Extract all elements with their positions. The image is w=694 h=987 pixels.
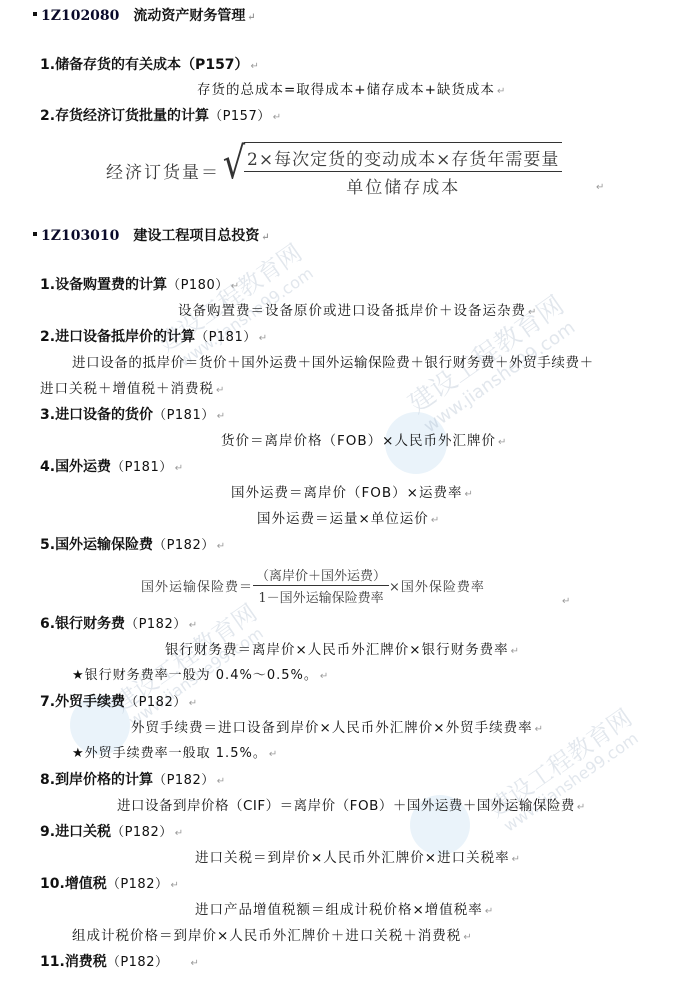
paragraph-mark-icon: ↵ (497, 86, 506, 97)
formula-text: 外贸手续费＝进口设备到岸价×人民币外汇牌价×外贸手续费率↵ (131, 718, 544, 740)
watermark-text-url: www.jianshe99.com (500, 728, 642, 835)
formula-lhs: 国外运输保险费＝ (141, 576, 253, 595)
formula-text: 进口产品增值税额＝组成计税价格×增值税率↵ (195, 900, 494, 922)
item-page-ref: （P181） (111, 460, 173, 475)
paragraph-mark-icon: ↵ (562, 592, 570, 612)
item-heading: 1.储备存货的有关成本（P157）↵ (40, 55, 259, 77)
formula-text: 存货的总成本=取得成本+储存成本+缺货成本↵ (197, 80, 506, 102)
item-heading: 11.消费税（P182）↵ (40, 952, 199, 974)
item-page-ref: （P182） (107, 877, 169, 892)
item-title: 国外运输保险费 (55, 537, 153, 553)
item-title: 国外运费 (55, 459, 111, 475)
item-title: 进口关税 (55, 824, 111, 840)
formula-line: 国外运费＝离岸价（FOB）×运费率 (231, 485, 462, 501)
item-number: 5. (40, 537, 55, 553)
formula-text: 货价＝离岸价格（FOB）×人民币外汇牌价↵ (221, 431, 507, 453)
note-text: ★外贸手续费率一般取 1.5%。↵ (72, 744, 278, 765)
paragraph-mark-icon: ↵ (485, 906, 494, 917)
formula-text: 国外运费＝离岸价（FOB）×运费率↵ (231, 483, 474, 505)
paragraph-mark-icon: ↵ (261, 232, 269, 243)
paragraph-mark-icon: ↵ (217, 541, 225, 552)
item-heading: 2.进口设备抵岸价的计算（P181）↵ (40, 327, 267, 349)
paragraph-mark-icon: ↵ (216, 385, 225, 396)
item-page-ref: （P181） (153, 408, 215, 423)
item-page-ref: （P157） (181, 57, 248, 73)
item-title: 进口设备的货价 (55, 407, 153, 423)
paragraph-mark-icon: ↵ (190, 958, 198, 969)
item-number: 8. (40, 772, 55, 788)
formula-text: 进口设备的抵岸价＝货价＋国外运费＋国外运输保险费＋银行财务费＋外贸手续费＋ (72, 353, 594, 373)
item-heading: 8.到岸价格的计算（P182）↵ (40, 770, 225, 792)
section-heading: 1Z102080流动资产财务管理↵ (33, 6, 256, 28)
bullet-icon (33, 12, 37, 16)
formula-line: 进口设备的抵岸价＝货价＋国外运费＋国外运输保险费＋银行财务费＋外贸手续费＋ (72, 355, 594, 371)
item-heading: 4.国外运费（P181）↵ (40, 457, 183, 479)
document-page: 建设工程教育网 www.jianshe99.com 建设工程教育网 www.ji… (0, 0, 694, 987)
formula-text: 银行财务费＝离岸价×人民币外汇牌价×银行财务费率↵ (165, 640, 520, 662)
paragraph-mark-icon: ↵ (596, 178, 604, 198)
item-number: 1. (40, 277, 55, 293)
section-heading: 1Z103010建设工程项目总投资↵ (33, 226, 270, 248)
note-line: ★银行财务费率一般为 0.4%～0.5%。 (72, 668, 318, 683)
formula-line: 设备购置费＝设备原价或进口设备抵岸价＋设备运杂费 (178, 303, 526, 319)
formula-rhs: ×国外保险费率 (389, 576, 485, 595)
formula-line: 银行财务费＝离岸价×人民币外汇牌价×银行财务费率 (165, 642, 509, 658)
formula-line: 进口产品增值税额＝组成计税价格×增值税率 (195, 902, 483, 918)
formula-text: 进口设备到岸价格（CIF）＝离岸价（FOB）＋国外运费＋国外运输保险费↵ (117, 796, 586, 818)
section-title: 建设工程项目总投资 (133, 228, 259, 244)
item-number: 2. (40, 108, 55, 124)
paragraph-mark-icon: ↵ (231, 281, 239, 292)
formula-line: 存货的总成本=取得成本+储存成本+缺货成本 (197, 82, 495, 98)
paragraph-mark-icon: ↵ (528, 307, 537, 318)
section-title: 流动资产财务管理 (133, 8, 245, 24)
formula-line: 货价＝离岸价格（FOB）×人民币外汇牌价 (221, 433, 496, 449)
note-line: ★外贸手续费率一般取 1.5%。 (72, 746, 267, 761)
item-title: 银行财务费 (55, 616, 125, 632)
item-heading: 3.进口设备的货价（P181）↵ (40, 405, 225, 427)
item-title: 进口设备抵岸价的计算 (55, 329, 195, 345)
item-heading: 7.外贸手续费（P182）↵ (40, 692, 197, 714)
paragraph-mark-icon: ↵ (217, 776, 225, 787)
paragraph-mark-icon: ↵ (170, 880, 178, 891)
item-heading: 9.进口关税（P182）↵ (40, 822, 183, 844)
paragraph-mark-icon: ↵ (189, 698, 197, 709)
item-page-ref: （P182） (153, 773, 215, 788)
formula-numerator: 2×每次定货的变动成本×存货年需要量 (244, 145, 562, 172)
paragraph-mark-icon: ↵ (463, 932, 472, 943)
paragraph-mark-icon: ↵ (320, 671, 329, 682)
formula-text: 组成计税价格＝到岸价×人民币外汇牌价＋进口关税＋消费税↵ (72, 926, 473, 948)
paragraph-mark-icon: ↵ (175, 828, 183, 839)
item-number: 2. (40, 329, 55, 345)
item-page-ref: （P180） (167, 278, 229, 293)
section-code: 1Z103010 (41, 228, 119, 244)
square-root: √ 2×每次定货的变动成本×存货年需要量 单位储存成本 (220, 142, 562, 198)
formula-line: 国外运费＝运量×单位运价 (257, 511, 429, 527)
item-title: 增值税 (65, 876, 107, 892)
paragraph-mark-icon: ↵ (273, 112, 281, 123)
item-heading: 1.设备购置费的计算（P180）↵ (40, 275, 239, 297)
insurance-formula: 国外运输保险费＝ （离岸价＋国外运费） 1－国外运输保险费率 ×国外保险费率 (141, 565, 485, 606)
paragraph-mark-icon: ↵ (511, 646, 520, 657)
formula-text: 国外运费＝运量×单位运价↵ (257, 509, 440, 531)
sqrt-icon: √ (223, 142, 245, 198)
item-page-ref: （P182） (125, 617, 187, 632)
formula-line: 进口关税＋增值税＋消费税 (40, 381, 214, 397)
paragraph-mark-icon: ↵ (217, 411, 225, 422)
formula-line: 进口设备到岸价格（CIF）＝离岸价（FOB）＋国外运费＋国外运输保险费 (117, 798, 575, 814)
paragraph-mark-icon: ↵ (251, 61, 259, 72)
fraction: （离岸价＋国外运费） 1－国外运输保险费率 (253, 565, 389, 606)
formula-line: 进口关税＝到岸价×人民币外汇牌价×进口关税率 (195, 850, 510, 866)
item-page-ref: （P182） (125, 695, 187, 710)
item-heading: 10.增值税（P182）↵ (40, 874, 179, 896)
item-number: 1. (40, 57, 55, 73)
formula-numerator: （离岸价＋国外运费） (253, 565, 389, 586)
item-title: 到岸价格的计算 (55, 772, 153, 788)
item-number: 7. (40, 694, 55, 710)
item-title: 消费税 (65, 954, 107, 970)
formula-text: 进口关税＋增值税＋消费税↵ (40, 379, 225, 401)
section-code: 1Z102080 (41, 8, 119, 24)
fraction: 2×每次定货的变动成本×存货年需要量 单位储存成本 (244, 145, 562, 198)
item-title: 外贸手续费 (55, 694, 125, 710)
paragraph-mark-icon: ↵ (269, 749, 278, 760)
paragraph-mark-icon: ↵ (247, 12, 255, 23)
item-page-ref: （P157） (209, 109, 271, 124)
paragraph-mark-icon: ↵ (175, 463, 183, 474)
paragraph-mark-icon: ↵ (431, 515, 440, 526)
item-page-ref: （P181） (195, 330, 257, 345)
formula-text: 设备购置费＝设备原价或进口设备抵岸价＋设备运杂费↵ (178, 301, 537, 323)
item-number: 9. (40, 824, 55, 840)
item-number: 10. (40, 876, 65, 892)
item-heading: 5.国外运输保险费（P182）↵ (40, 535, 225, 557)
paragraph-mark-icon: ↵ (259, 333, 267, 344)
item-number: 6. (40, 616, 55, 632)
formula-lhs: 经济订货量＝ (106, 158, 220, 183)
item-title: 存货经济订货批量的计算 (55, 108, 209, 124)
item-page-ref: （P182） (111, 825, 173, 840)
item-number: 3. (40, 407, 55, 423)
formula-line: 外贸手续费＝进口设备到岸价×人民币外汇牌价×外贸手续费率 (131, 720, 533, 736)
watermark-text-url: www.jianshe99.com (420, 317, 579, 437)
formula-denominator: 单位储存成本 (346, 172, 460, 198)
formula-line: 组成计税价格＝到岸价×人民币外汇牌价＋进口关税＋消费税 (72, 928, 461, 944)
formula-text: 进口关税＝到岸价×人民币外汇牌价×进口关税率↵ (195, 848, 521, 870)
paragraph-mark-icon: ↵ (577, 802, 586, 813)
note-text: ★银行财务费率一般为 0.4%～0.5%。↵ (72, 666, 329, 687)
paragraph-mark-icon: ↵ (512, 854, 521, 865)
paragraph-mark-icon: ↵ (189, 620, 197, 631)
item-number: 4. (40, 459, 55, 475)
paragraph-mark-icon: ↵ (464, 489, 473, 500)
bullet-icon (33, 232, 37, 236)
paragraph-mark-icon: ↵ (535, 724, 544, 735)
item-heading: 2.存货经济订货批量的计算（P157）↵ (40, 106, 281, 128)
item-title: 储备存货的有关成本 (55, 57, 181, 73)
item-page-ref: （P182） (107, 955, 169, 970)
eoq-formula: 经济订货量＝ √ 2×每次定货的变动成本×存货年需要量 单位储存成本 (106, 142, 562, 198)
formula-denominator: 1－国外运输保险费率 (258, 586, 383, 606)
item-page-ref: （P182） (153, 538, 215, 553)
item-title: 设备购置费的计算 (55, 277, 167, 293)
item-heading: 6.银行财务费（P182）↵ (40, 614, 197, 636)
item-number: 11. (40, 954, 65, 970)
paragraph-mark-icon: ↵ (498, 437, 507, 448)
